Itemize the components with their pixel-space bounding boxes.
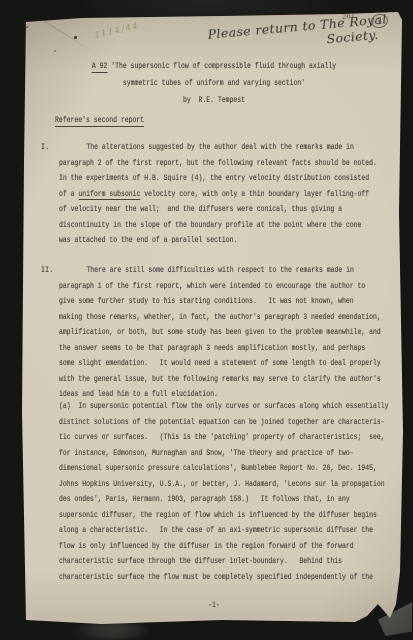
title-line-1: A 92 'The supersonic flow of compressibl… (68, 58, 360, 75)
ink-speck (54, 50, 56, 52)
section-I-body: The alterations suggested by the author … (59, 140, 404, 249)
section-II: II. There are still some difficulties wi… (41, 263, 404, 403)
byline: by R.E. Tempest (68, 92, 360, 109)
section-II-label: II. (41, 263, 53, 279)
text-line: The alterations suggested by the author … (59, 140, 321, 156)
text-line: was attached to the end of a parallel se… (59, 233, 321, 249)
text-line: Johns Hopkins University, U.S.A., or bet… (59, 477, 321, 493)
text-line: along a characteristic. In the case of a… (59, 523, 321, 539)
ink-tick-mark: ✓ (22, 22, 30, 33)
text-line: paragraph 2 of the first report, but the… (59, 156, 321, 172)
handwritten-return-note: Please return to The Royal Society. (207, 11, 389, 57)
text-line: supersonic diffuser, the region of flow … (59, 508, 321, 524)
text-line: give some further study to his starting … (59, 294, 321, 310)
paragraph-a: (a) In supersonic potential flow the onl… (59, 399, 404, 585)
section-I: I. The alterations suggested by the auth… (41, 140, 404, 249)
text-line: with the general issue, but the followin… (59, 372, 321, 388)
title-text: 'The supersonic flow of compressible flu… (107, 61, 336, 71)
text-line: some slight emendation. It would need a … (59, 356, 321, 372)
text-line: discontinuity in the slope of the bounda… (59, 218, 321, 234)
text-line: There are still some difficulties with r… (59, 263, 321, 279)
text-line: (a) In supersonic potential flow the onl… (59, 399, 321, 415)
text-line: characteristic surface the flow must be … (59, 570, 321, 586)
report-heading-text: Referee's second report (55, 115, 144, 127)
title-line-2: symmetric tubes of uniform and varying s… (68, 75, 360, 92)
text-line: dimensional supersonic pressure calculat… (59, 461, 321, 477)
text-line: tic curves or surfaces. (This is the 'pa… (59, 430, 321, 446)
archive-stamp: EL (28, 16, 36, 23)
text-line: amplification, or both, but some study h… (59, 325, 321, 341)
ink-speck (74, 36, 77, 39)
text-line: In the experiments of H.B. Squire (4), t… (59, 171, 321, 187)
report-heading: Referee's second report (55, 113, 172, 129)
page-number-text: -1- (68, 598, 360, 614)
text-line: characteristic surface through the diffu… (59, 554, 321, 570)
text-line: distinct solutions of the potential equa… (59, 415, 321, 431)
text-line: making those remarks, whether, in fact, … (59, 310, 321, 326)
section-II-body: There are still some difficulties with r… (59, 263, 404, 403)
text-line: for instance, Edmonson, Murnaghan and Sn… (59, 446, 321, 462)
report-page: EL ✓ 1114/44 Please return to The Royal … (22, 12, 406, 626)
text-line: of a uniform subsonic velocity core, wit… (59, 187, 321, 203)
text-line: des ondes', Paris, Hermann. 1903, paragr… (59, 492, 321, 508)
text-line: paragraph 1 of the first report, which w… (59, 279, 321, 295)
text-line: the answer seems to be that paragraph 3 … (59, 341, 321, 357)
text-line: of velocity near the wall; and the diffu… (59, 202, 321, 218)
paper-title-block: A 92 'The supersonic flow of compressibl… (22, 58, 406, 109)
paper-crease (21, 6, 98, 55)
text-line: flow is only influenced by the diffuser … (59, 539, 321, 555)
underlined-phrase: uniform subsonic (78, 189, 140, 201)
scanned-document-photo: { "document": { "annotations": { "stamp"… (0, 0, 413, 640)
page-number: -1- (22, 598, 406, 614)
reference-code: A 92 (92, 61, 108, 73)
pencil-annotation: 1114/44 (93, 21, 140, 41)
section-I-label: I. (41, 140, 49, 156)
